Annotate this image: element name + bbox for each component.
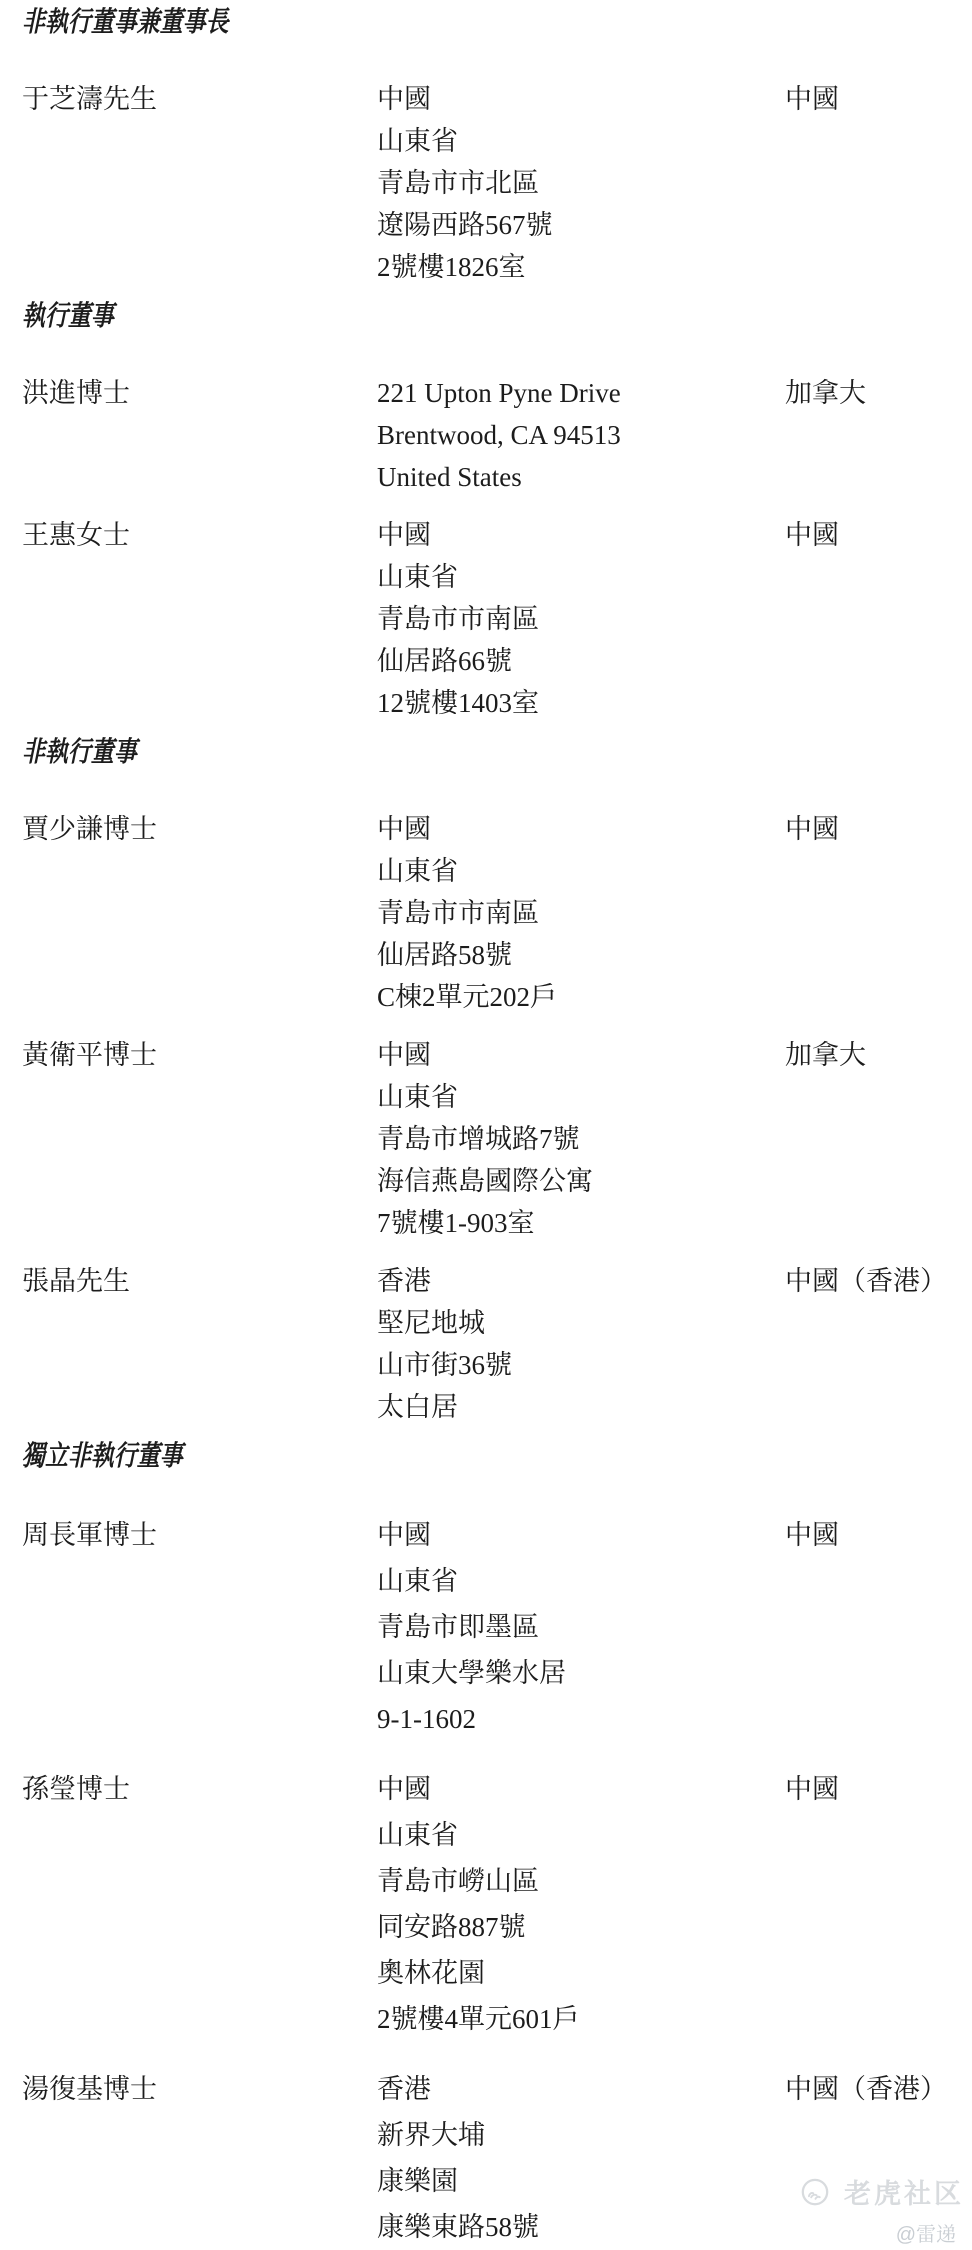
address-line: 青島市增城路7號 (377, 1118, 785, 1160)
address-line: United States (377, 456, 785, 498)
address-line: 山東省 (377, 556, 785, 598)
director-name: 周長軍博士 (22, 1512, 377, 1558)
director-nationality: 中國 (785, 78, 972, 120)
address-line: 同安路887號 (377, 1904, 785, 1950)
address-line: 青島市市北區 (377, 162, 785, 204)
address-line: 中國 (377, 78, 785, 120)
section-independent-non-executive-directors: 獨立非執行董事 周長軍博士 中國 山東省 青島市即墨區 山東大學樂水居 9-1-… (22, 1436, 972, 2250)
directors-directory: 非執行董事兼董事長 于芝濤先生 中國 山東省 青島市市北區 遼陽西路567號 2… (0, 0, 972, 2250)
director-row: 賈少謙博士 中國 山東省 青島市市南區 仙居路58號 C棟2單元202戶 中國 (22, 808, 972, 1018)
address-line: 堅尼地城 (377, 1302, 785, 1344)
director-name: 湯復基博士 (22, 2066, 377, 2112)
director-nationality: 中國 (785, 1512, 972, 1558)
director-nationality: 中國 (785, 808, 972, 850)
director-name: 孫瑩博士 (22, 1766, 377, 1812)
director-name: 黃衛平博士 (22, 1034, 377, 1076)
address-line: 奧林花園 (377, 1950, 785, 1996)
section-heading: 非執行董事兼董事長 (22, 2, 801, 44)
address-line: 康樂園 (377, 2158, 785, 2204)
address-line: 青島市市南區 (377, 892, 785, 934)
director-address: 中國 山東省 青島市嶗山區 同安路887號 奧林花園 2號樓4單元601戶 (377, 1766, 785, 2042)
director-row: 黃衛平博士 中國 山東省 青島市增城路7號 海信燕島國際公寓 7號樓1-903室… (22, 1034, 972, 1244)
address-line: 康樂東路58號 (377, 2204, 785, 2250)
address-line: 山東省 (377, 1076, 785, 1118)
address-line: 中國 (377, 1034, 785, 1076)
director-row: 湯復基博士 香港 新界大埔 康樂園 康樂東路58號 中國（香港） (22, 2066, 972, 2250)
address-line: 仙居路66號 (377, 640, 785, 682)
address-line: C棟2單元202戶 (377, 976, 785, 1018)
address-line: 青島市市南區 (377, 598, 785, 640)
director-address: 中國 山東省 青島市市南區 仙居路66號 12號樓1403室 (377, 514, 785, 724)
section-non-exec-chairman: 非執行董事兼董事長 于芝濤先生 中國 山東省 青島市市北區 遼陽西路567號 2… (22, 2, 972, 288)
section-heading: 獨立非執行董事 (22, 1436, 801, 1478)
section-heading: 執行董事 (22, 296, 801, 338)
address-line: 中國 (377, 1512, 785, 1558)
address-line: 海信燕島國際公寓 (377, 1160, 785, 1202)
director-name: 于芝濤先生 (22, 78, 377, 120)
director-name: 洪進博士 (22, 372, 377, 414)
director-address: 中國 山東省 青島市即墨區 山東大學樂水居 9-1-1602 (377, 1512, 785, 1742)
address-line: 青島市嶗山區 (377, 1858, 785, 1904)
director-address: 中國 山東省 青島市市北區 遼陽西路567號 2號樓1826室 (377, 78, 785, 288)
director-address: 香港 新界大埔 康樂園 康樂東路58號 (377, 2066, 785, 2250)
section-executive-directors: 執行董事 洪進博士 221 Upton Pyne Drive Brentwood… (22, 296, 972, 724)
director-name: 賈少謙博士 (22, 808, 377, 850)
address-line: 7號樓1-903室 (377, 1202, 785, 1244)
address-line: 山市街36號 (377, 1344, 785, 1386)
address-line: 香港 (377, 1260, 785, 1302)
director-nationality: 中國（香港） (785, 2066, 972, 2112)
director-address: 221 Upton Pyne Drive Brentwood, CA 94513… (377, 372, 785, 498)
director-nationality: 加拿大 (785, 1034, 972, 1076)
director-row: 孫瑩博士 中國 山東省 青島市嶗山區 同安路887號 奧林花園 2號樓4單元60… (22, 1766, 972, 2042)
director-address: 中國 山東省 青島市市南區 仙居路58號 C棟2單元202戶 (377, 808, 785, 1018)
address-line: 中國 (377, 514, 785, 556)
address-line: 中國 (377, 808, 785, 850)
director-address: 香港 堅尼地城 山市街36號 太白居 (377, 1260, 785, 1428)
director-row: 張晶先生 香港 堅尼地城 山市街36號 太白居 中國（香港） (22, 1260, 972, 1428)
section-non-executive-directors: 非執行董事 賈少謙博士 中國 山東省 青島市市南區 仙居路58號 C棟2單元20… (22, 732, 972, 1428)
address-line: 新界大埔 (377, 2112, 785, 2158)
director-row: 周長軍博士 中國 山東省 青島市即墨區 山東大學樂水居 9-1-1602 中國 (22, 1512, 972, 1742)
director-row: 王惠女士 中國 山東省 青島市市南區 仙居路66號 12號樓1403室 中國 (22, 514, 972, 724)
address-line: 仙居路58號 (377, 934, 785, 976)
director-nationality: 中國 (785, 1766, 972, 1812)
director-name: 王惠女士 (22, 514, 377, 556)
section-heading: 非執行董事 (22, 732, 801, 774)
director-address: 中國 山東省 青島市增城路7號 海信燕島國際公寓 7號樓1-903室 (377, 1034, 785, 1244)
director-row: 于芝濤先生 中國 山東省 青島市市北區 遼陽西路567號 2號樓1826室 中國 (22, 78, 972, 288)
director-row: 洪進博士 221 Upton Pyne Drive Brentwood, CA … (22, 372, 972, 498)
address-line: 山東大學樂水居 (377, 1650, 785, 1696)
address-line: 中國 (377, 1766, 785, 1812)
address-line: 12號樓1403室 (377, 682, 785, 724)
director-nationality: 中國 (785, 514, 972, 556)
address-line: 9-1-1602 (377, 1696, 785, 1742)
address-line: 山東省 (377, 1812, 785, 1858)
address-line: 遼陽西路567號 (377, 204, 785, 246)
address-line: 香港 (377, 2066, 785, 2112)
address-line: Brentwood, CA 94513 (377, 414, 785, 456)
address-line: 2號樓4單元601戶 (377, 1996, 785, 2042)
address-line: 山東省 (377, 1558, 785, 1604)
director-nationality: 加拿大 (785, 372, 972, 414)
address-line: 2號樓1826室 (377, 246, 785, 288)
director-name: 張晶先生 (22, 1260, 377, 1302)
address-line: 青島市即墨區 (377, 1604, 785, 1650)
address-line: 太白居 (377, 1386, 785, 1428)
address-line: 山東省 (377, 120, 785, 162)
address-line: 山東省 (377, 850, 785, 892)
address-line: 221 Upton Pyne Drive (377, 372, 785, 414)
director-nationality: 中國（香港） (785, 1260, 972, 1302)
